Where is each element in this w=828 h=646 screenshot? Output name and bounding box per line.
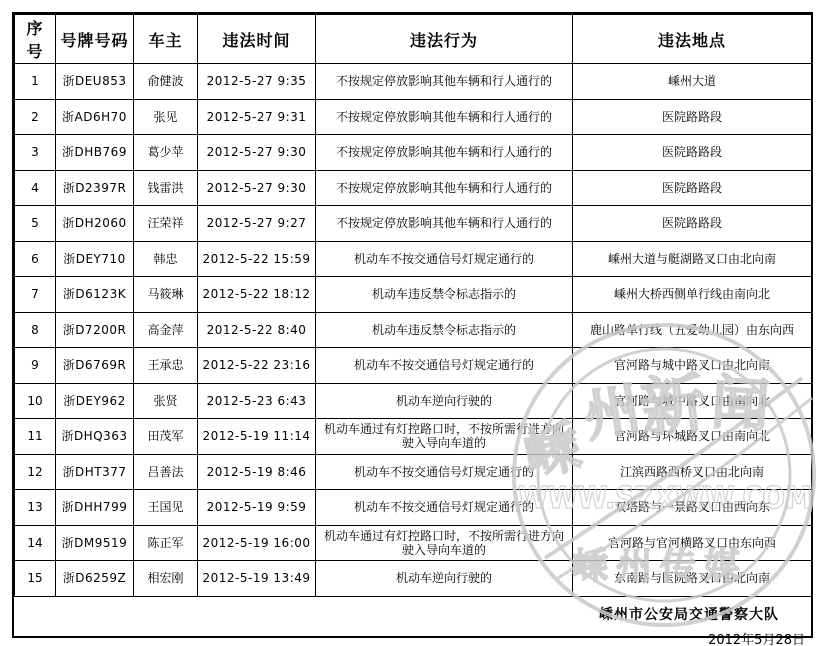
cell-time: 2012-5-23 6:43 <box>198 383 316 419</box>
table-row: 15浙D6259Z相宏刚2012-5-19 13:49机动车逆向行驶的东南路与医… <box>15 561 812 597</box>
cell-plate: 浙DH2060 <box>56 206 134 242</box>
cell-index: 6 <box>15 241 56 277</box>
violation-notice-sheet: 序号 号牌号码 车主 违法时间 违法行为 违法地点 1浙DEU853俞健波201… <box>12 12 813 638</box>
cell-index: 10 <box>15 383 56 419</box>
cell-time: 2012-5-22 15:59 <box>198 241 316 277</box>
cell-location: 鹿山路单行线（五爱幼儿园）由东向西 <box>573 312 812 348</box>
cell-owner: 汪荣祥 <box>134 206 198 242</box>
cell-owner: 相宏刚 <box>134 561 198 597</box>
cell-behavior: 机动车不按交通信号灯规定通行的 <box>316 454 573 490</box>
cell-owner: 钱雷洪 <box>134 170 198 206</box>
cell-time: 2012-5-27 9:31 <box>198 99 316 135</box>
cell-location: 官河路与城中路叉口由北向南 <box>573 348 812 384</box>
cell-location: 医院路路段 <box>573 170 812 206</box>
cell-time: 2012-5-19 11:14 <box>198 419 316 455</box>
cell-index: 15 <box>15 561 56 597</box>
cell-owner: 俞健波 <box>134 64 198 100</box>
table-row: 9浙D6769R王承忠2012-5-22 23:16机动车不按交通信号灯规定通行… <box>15 348 812 384</box>
cell-index: 9 <box>15 348 56 384</box>
table-row: 6浙DEY710韩忠2012-5-22 15:59机动车不按交通信号灯规定通行的… <box>15 241 812 277</box>
cell-location: 江滨西路西桥叉口由北向南 <box>573 454 812 490</box>
cell-location: 医院路路段 <box>573 206 812 242</box>
cell-owner: 吕善法 <box>134 454 198 490</box>
cell-plate: 浙DEU853 <box>56 64 134 100</box>
cell-owner: 马筱琳 <box>134 277 198 313</box>
table-row: 10浙DEY962张贤2012-5-23 6:43机动车逆向行驶的官河路与城中路… <box>15 383 812 419</box>
cell-location: 官河路与官河横路叉口由东向西 <box>573 525 812 561</box>
cell-plate: 浙D6123K <box>56 277 134 313</box>
cell-time: 2012-5-22 18:12 <box>198 277 316 313</box>
header-index: 序号 <box>15 15 56 64</box>
cell-plate: 浙DHH799 <box>56 490 134 526</box>
cell-owner: 葛少苹 <box>134 135 198 171</box>
cell-plate: 浙DM9519 <box>56 525 134 561</box>
cell-location: 嵊州大道与艇湖路叉口由北向南 <box>573 241 812 277</box>
table-row: 12浙DHT377吕善法2012-5-19 8:46机动车不按交通信号灯规定通行… <box>15 454 812 490</box>
table-row: 3浙DHB769葛少苹2012-5-27 9:30不按规定停放影响其他车辆和行人… <box>15 135 812 171</box>
violation-table: 序号 号牌号码 车主 违法时间 违法行为 违法地点 1浙DEU853俞健波201… <box>14 14 812 597</box>
header-behavior: 违法行为 <box>316 15 573 64</box>
cell-location: 东南路与医院路叉口由北向南 <box>573 561 812 597</box>
cell-behavior: 机动车通过有灯控路口时，不按所需行进方向驶入导向车道的 <box>316 419 573 455</box>
cell-behavior: 机动车不按交通信号灯规定通行的 <box>316 490 573 526</box>
cell-time: 2012-5-27 9:27 <box>198 206 316 242</box>
cell-index: 2 <box>15 99 56 135</box>
cell-index: 4 <box>15 170 56 206</box>
cell-behavior: 机动车通过有灯控路口时，不按所需行进方向驶入导向车道的 <box>316 525 573 561</box>
cell-index: 11 <box>15 419 56 455</box>
cell-location: 医院路路段 <box>573 135 812 171</box>
cell-index: 14 <box>15 525 56 561</box>
cell-owner: 高金萍 <box>134 312 198 348</box>
cell-behavior: 机动车违反禁令标志指示的 <box>316 312 573 348</box>
cell-owner: 陈正军 <box>134 525 198 561</box>
cell-plate: 浙D7200R <box>56 312 134 348</box>
issue-date: 2012年5月28日 <box>14 629 811 646</box>
cell-plate: 浙DEY710 <box>56 241 134 277</box>
cell-behavior: 机动车逆向行驶的 <box>316 383 573 419</box>
table-row: 7浙D6123K马筱琳2012-5-22 18:12机动车违反禁令标志指示的嵊州… <box>15 277 812 313</box>
cell-location: 官河路与城中路叉口由南向北 <box>573 383 812 419</box>
cell-owner: 王承忠 <box>134 348 198 384</box>
cell-time: 2012-5-19 8:46 <box>198 454 316 490</box>
table-body: 1浙DEU853俞健波2012-5-27 9:35不按规定停放影响其他车辆和行人… <box>15 64 812 597</box>
cell-behavior: 不按规定停放影响其他车辆和行人通行的 <box>316 135 573 171</box>
cell-plate: 浙D2397R <box>56 170 134 206</box>
cell-plate: 浙DEY962 <box>56 383 134 419</box>
cell-time: 2012-5-27 9:30 <box>198 135 316 171</box>
cell-owner: 张见 <box>134 99 198 135</box>
cell-location: 嵊州大桥西侧单行线由南向北 <box>573 277 812 313</box>
cell-plate: 浙D6769R <box>56 348 134 384</box>
cell-index: 12 <box>15 454 56 490</box>
cell-index: 13 <box>15 490 56 526</box>
cell-time: 2012-5-19 13:49 <box>198 561 316 597</box>
cell-time: 2012-5-22 23:16 <box>198 348 316 384</box>
cell-index: 8 <box>15 312 56 348</box>
cell-behavior: 不按规定停放影响其他车辆和行人通行的 <box>316 206 573 242</box>
cell-location: 医院路路段 <box>573 99 812 135</box>
header-plate: 号牌号码 <box>56 15 134 64</box>
cell-behavior: 不按规定停放影响其他车辆和行人通行的 <box>316 170 573 206</box>
cell-plate: 浙D6259Z <box>56 561 134 597</box>
table-row: 2浙AD6H70张见2012-5-27 9:31不按规定停放影响其他车辆和行人通… <box>15 99 812 135</box>
cell-behavior: 机动车不按交通信号灯规定通行的 <box>316 241 573 277</box>
header-owner: 车主 <box>134 15 198 64</box>
cell-time: 2012-5-22 8:40 <box>198 312 316 348</box>
table-row: 13浙DHH799王国见2012-5-19 9:59机动车不按交通信号灯规定通行… <box>15 490 812 526</box>
cell-index: 3 <box>15 135 56 171</box>
page: { "table": { "headers": ["序号", "号牌号码", "… <box>0 0 828 646</box>
header-time: 违法时间 <box>198 15 316 64</box>
cell-time: 2012-5-27 9:30 <box>198 170 316 206</box>
cell-owner: 田茂军 <box>134 419 198 455</box>
cell-owner: 韩忠 <box>134 241 198 277</box>
cell-index: 5 <box>15 206 56 242</box>
table-row: 4浙D2397R钱雷洪2012-5-27 9:30不按规定停放影响其他车辆和行人… <box>15 170 812 206</box>
cell-time: 2012-5-19 16:00 <box>198 525 316 561</box>
cell-location: 嵊州大道 <box>573 64 812 100</box>
cell-plate: 浙AD6H70 <box>56 99 134 135</box>
cell-owner: 张贤 <box>134 383 198 419</box>
cell-index: 7 <box>15 277 56 313</box>
cell-behavior: 不按规定停放影响其他车辆和行人通行的 <box>316 64 573 100</box>
cell-plate: 浙DHQ363 <box>56 419 134 455</box>
table-row: 8浙D7200R高金萍2012-5-22 8:40机动车违反禁令标志指示的鹿山路… <box>15 312 812 348</box>
issuer-signature: 嵊州市公安局交通警察大队 <box>14 604 811 624</box>
cell-index: 1 <box>15 64 56 100</box>
cell-behavior: 机动车不按交通信号灯规定通行的 <box>316 348 573 384</box>
cell-time: 2012-5-27 9:35 <box>198 64 316 100</box>
cell-behavior: 不按规定停放影响其他车辆和行人通行的 <box>316 99 573 135</box>
cell-behavior: 机动车逆向行驶的 <box>316 561 573 597</box>
table-row: 1浙DEU853俞健波2012-5-27 9:35不按规定停放影响其他车辆和行人… <box>15 64 812 100</box>
cell-time: 2012-5-19 9:59 <box>198 490 316 526</box>
table-header-row: 序号 号牌号码 车主 违法时间 违法行为 违法地点 <box>15 15 812 64</box>
table-row: 14浙DM9519陈正军2012-5-19 16:00机动车通过有灯控路口时，不… <box>15 525 812 561</box>
cell-location: 双塔路与一景路叉口由西向东 <box>573 490 812 526</box>
cell-owner: 王国见 <box>134 490 198 526</box>
cell-location: 官河路与环城路叉口由南向北 <box>573 419 812 455</box>
table-row: 5浙DH2060汪荣祥2012-5-27 9:27不按规定停放影响其他车辆和行人… <box>15 206 812 242</box>
table-row: 11浙DHQ363田茂军2012-5-19 11:14机动车通过有灯控路口时，不… <box>15 419 812 455</box>
header-location: 违法地点 <box>573 15 812 64</box>
cell-plate: 浙DHB769 <box>56 135 134 171</box>
cell-behavior: 机动车违反禁令标志指示的 <box>316 277 573 313</box>
cell-plate: 浙DHT377 <box>56 454 134 490</box>
